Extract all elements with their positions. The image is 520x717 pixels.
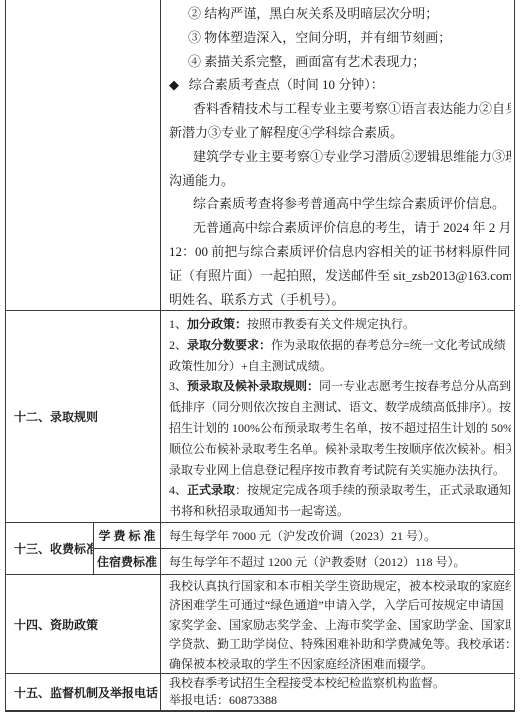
text-line: 新潜力③专业了解程度④学科综合素质。 [169, 121, 511, 145]
text-line: 录取专业网上信息登记程序按市教育考试院有关实施办法执行。 [169, 460, 511, 481]
row-supervision-hotline: 十五、监督机制及举报电话 我校春季考试招生全程接受本校纪检监察机构监督。举报电话… [6, 674, 514, 710]
admission-rules-header: 十二、录取规则 [6, 311, 161, 522]
admission-rules-content: 1、加分政策：按照市教委有关文件规定执行。2、录取分数要求：作为录取依据的春考总… [161, 311, 514, 522]
text-line: 家奖学金、国家励志奖学金、上海市奖学金、国家助学金、国家助 [169, 616, 511, 635]
text-line: 2、录取分数要求：作为录取依据的春考总分=统一文化考试成绩（含 [169, 335, 511, 356]
text-line: 确保被本校录取的学生不因家庭经济困难而辍学。 [169, 655, 511, 673]
text-line: ② 结构严谨，黑白灰关系及明暗层次分明； [169, 2, 511, 26]
supervision-hotline-content: 我校春季考试招生全程接受本校纪检监察机构监督。举报电话：60873388 [161, 674, 514, 710]
text-line: 沟通能力。 [169, 169, 511, 193]
accommodation-fee-label: 住宿费标准 [94, 549, 161, 574]
tuition-fee-value: 每生每学年 7000 元（沪发改价调（2023）21 号）。 [161, 523, 514, 548]
text-line: 综合素质考查将参考普通高中学生综合素质评价信息。 [169, 192, 511, 216]
text-line: 招生计划的 100%公布预录取考生名单，按不超过招生计划的 50% [169, 418, 511, 439]
text-line: 3、预录取及候补录取规则：同一专业志愿考生按春考总分从高到 [169, 376, 511, 397]
text-line: 1、加分政策：按照市教委有关文件规定执行。 [169, 314, 511, 335]
exam-criteria-content: ② 结构严谨，黑白灰关系及明暗层次分明；③ 物体塑造深入，空间分明，并有细节刻画… [161, 0, 514, 310]
text-line: 政策性加分）+自主测试成绩。 [169, 356, 511, 377]
accommodation-fee-row: 住宿费标准 每生每学年不超过 1200 元（沪教委财（2012）118 号）。 [94, 549, 514, 574]
text-line: ④ 素描关系完整，画面富有艺术表现力； [169, 50, 511, 74]
row-financial-aid: 十四、资助政策 我校认真执行国家和本市相关学生资助规定，被本校录取的家庭经济困难… [6, 575, 514, 674]
text-line: 济困难学生可通过“绿色通道”申请入学，入学后可按规定申请国 [169, 596, 511, 615]
text-line: 12：00 前把与综合素质评价信息内容相关的证书材料原件同身份 [169, 240, 511, 264]
text-line: ③ 物体塑造深入，空间分明，并有细节刻画； [169, 26, 511, 50]
row-fee-standards: 十三、收费标准 学 费 标 准 每生每学年 7000 元（沪发改价调（2023）… [6, 523, 514, 575]
text-line: 无普通高中综合素质评价信息的考生，请于 2024 年 2 月 25 日 [169, 216, 511, 240]
tuition-fee-label: 学 费 标 准 [94, 523, 161, 548]
tuition-fee-row: 学 费 标 准 每生每学年 7000 元（沪发改价调（2023）21 号）。 [94, 523, 514, 549]
text-line: 明姓名、联系方式（手机号）。 [169, 288, 511, 310]
text-line: 香料香精技术与工程专业主要考察①语言表达能力②自身创 [169, 97, 511, 121]
financial-aid-content: 我校认真执行国家和本市相关学生资助规定，被本校录取的家庭经济困难学生可通过“绿色… [161, 575, 514, 673]
fee-standards-subtable: 学 费 标 准 每生每学年 7000 元（沪发改价调（2023）21 号）。 住… [94, 523, 514, 574]
text-line: 证（有照片面）一起拍照，发送邮件至 sit_zsb2013@163.com，注 [169, 264, 511, 288]
text-line: ◆ 综合素质考查点（时间 10 分钟）： [169, 73, 511, 97]
text-line: 学贷款、勤工助学岗位、特殊困难补助和学费减免等。我校承诺： [169, 635, 511, 654]
text-line: 建筑学专业主要考察①专业学习潜质②逻辑思维能力③理解 [169, 145, 511, 169]
financial-aid-header: 十四、资助政策 [6, 575, 161, 673]
admissions-document-table: ② 结构严谨，黑白灰关系及明暗层次分明；③ 物体塑造深入，空间分明，并有细节刻画… [5, 0, 515, 712]
exam-criteria-header-cell-empty [6, 0, 161, 310]
row-admission-rules: 十二、录取规则 1、加分政策：按照市教委有关文件规定执行。2、录取分数要求：作为… [6, 311, 514, 523]
text-line: 顺位公布候补录取考生名单。候补录取考生按顺序依次候补。相关 [169, 439, 511, 460]
row-exam-criteria: ② 结构严谨，黑白灰关系及明暗层次分明；③ 物体塑造深入，空间分明，并有细节刻画… [6, 0, 514, 311]
text-line: 低排序（同分则依次按自主测试、语文、数学成绩高低排序）。按 [169, 397, 511, 418]
supervision-hotline-header: 十五、监督机制及举报电话 [6, 674, 161, 710]
text-line: 举报电话：60873388 [169, 692, 511, 709]
text-line: 书将和秋招录取通知书一起寄送。 [169, 501, 511, 522]
text-line: 我校认真执行国家和本市相关学生资助规定，被本校录取的家庭经 [169, 577, 511, 596]
text-line: 我校春季考试招生全程接受本校纪检监察机构监督。 [169, 675, 511, 692]
text-line: 4、正式录取：按规定完成各项手续的预录取考生，正式录取通知 [169, 480, 511, 501]
fee-standards-header: 十三、收费标准 [6, 523, 94, 574]
accommodation-fee-value: 每生每学年不超过 1200 元（沪教委财（2012）118 号）。 [161, 549, 514, 574]
